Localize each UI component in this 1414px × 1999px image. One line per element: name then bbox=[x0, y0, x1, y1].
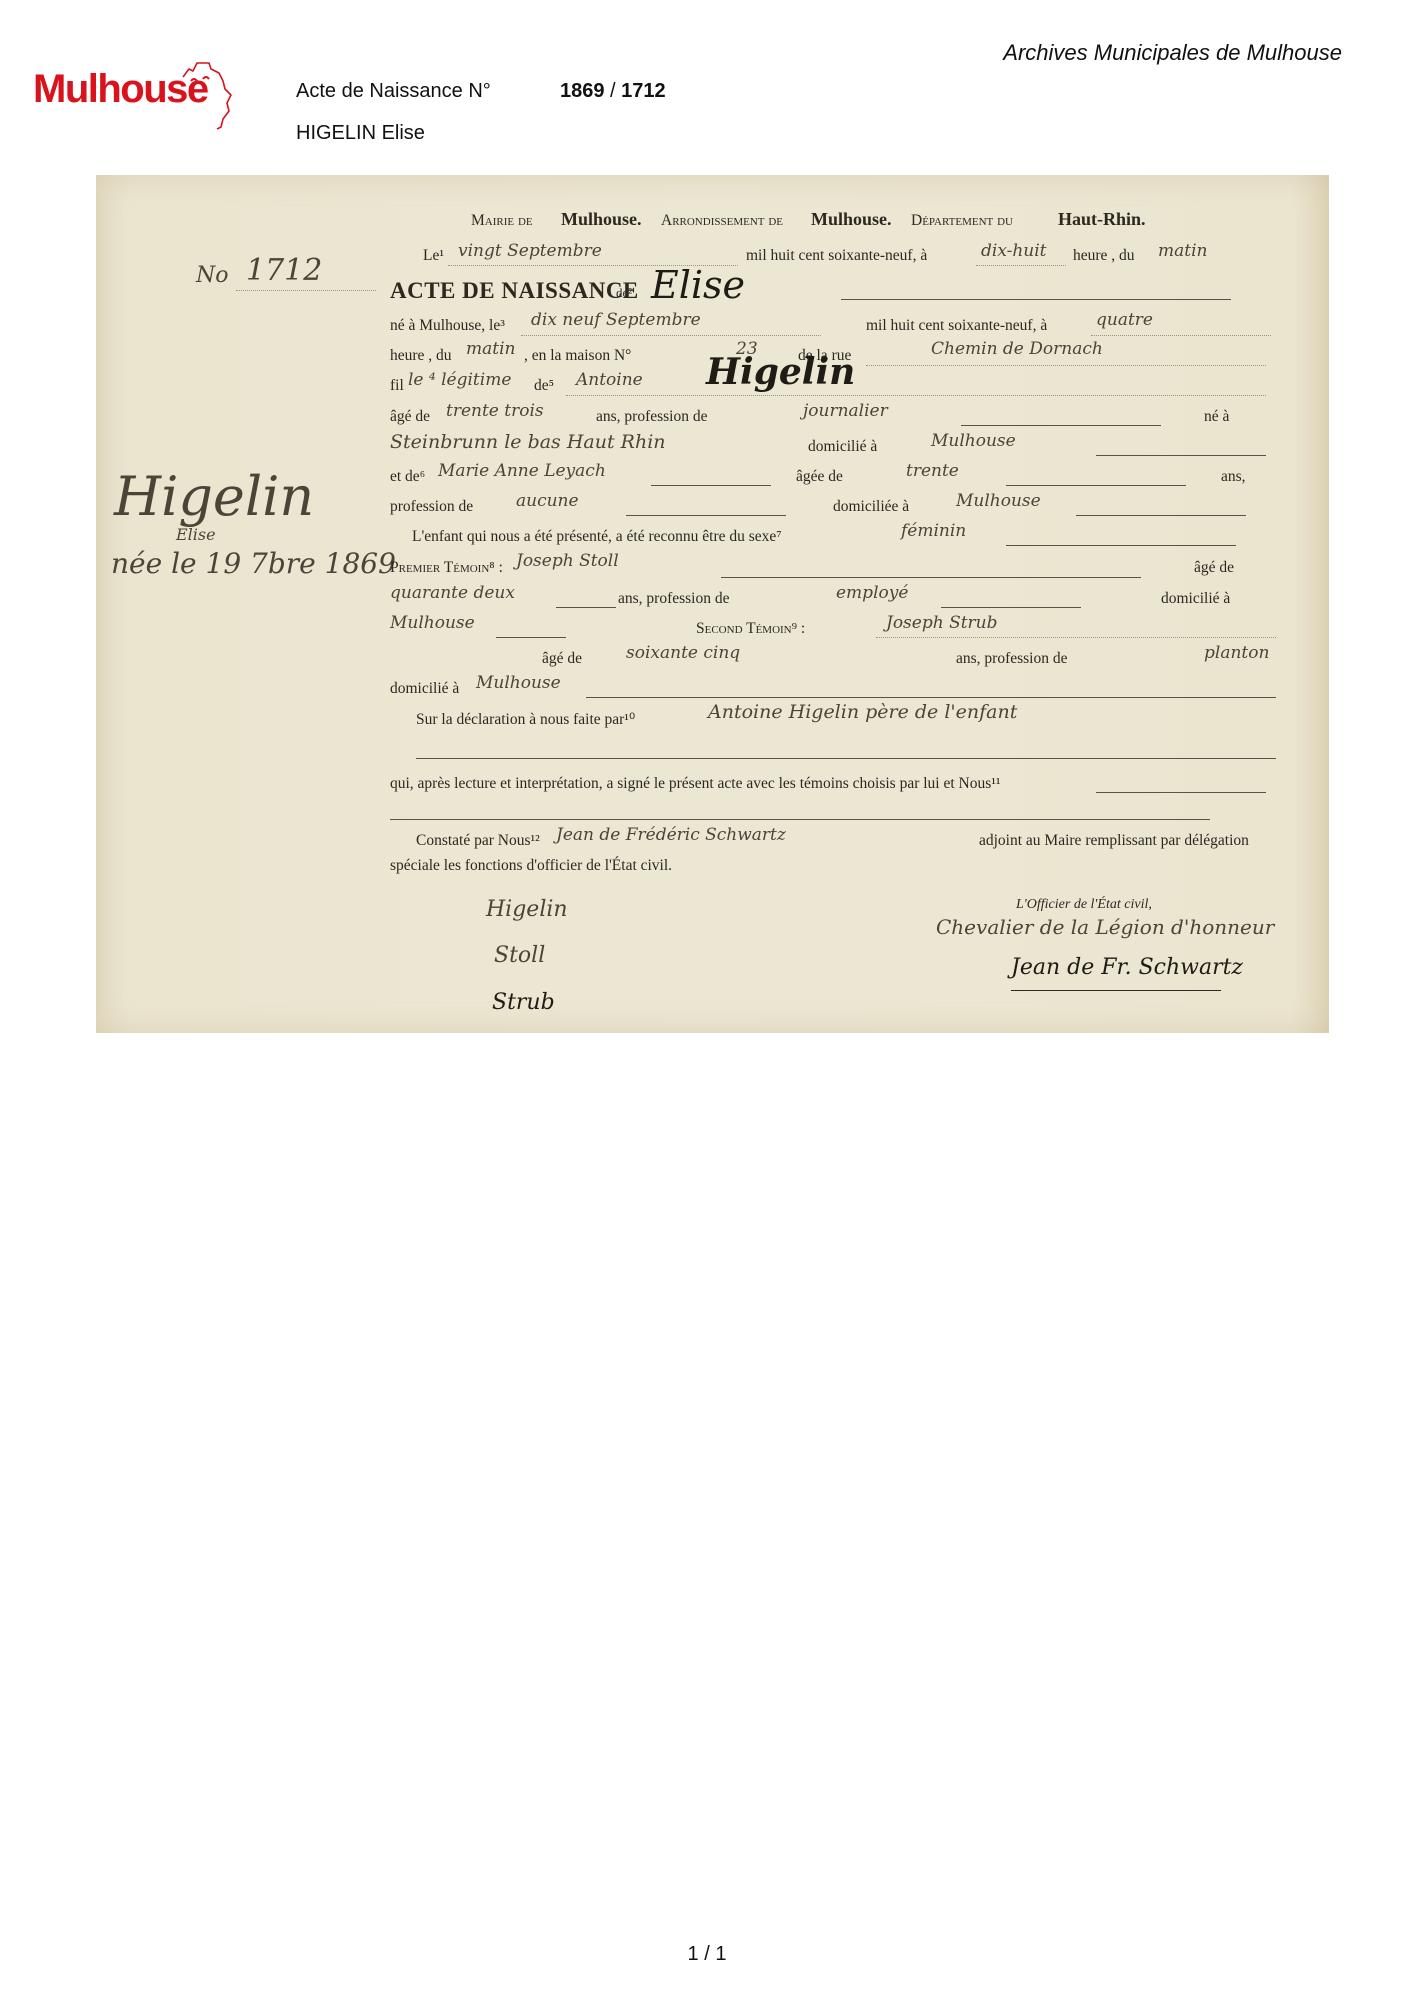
line-le: Le¹ bbox=[423, 247, 444, 265]
field-birth-hour: quatre bbox=[1096, 310, 1153, 330]
departement-label: Département du bbox=[911, 212, 1013, 230]
page-number: 1 / 1 bbox=[0, 1943, 1414, 1966]
field-declaration-period: matin bbox=[1158, 241, 1207, 261]
document-title: ACTE DE NAISSANCE bbox=[390, 278, 639, 304]
margin-birth-note: née le 19 7bre 1869 bbox=[111, 547, 396, 580]
field-second-witness-profession: planton bbox=[1204, 643, 1269, 663]
field-registrar-name: Jean de Frédéric Schwartz bbox=[556, 825, 786, 845]
line-ans: ans, bbox=[1221, 468, 1246, 486]
field-father-surname: Higelin bbox=[706, 351, 855, 393]
line-de-2: de² bbox=[616, 285, 632, 301]
field-mother-name: Marie Anne Leyach bbox=[438, 461, 606, 481]
field-second-witness-domicile: Mulhouse bbox=[476, 673, 561, 693]
field-father-age: trente trois bbox=[446, 401, 544, 421]
mairie-city: Mulhouse. bbox=[561, 209, 642, 230]
margin-no-label: No bbox=[196, 263, 229, 288]
field-first-witness-name: Joseph Stoll bbox=[516, 551, 619, 571]
line-speciale: spéciale les fonctions d'officier de l'É… bbox=[390, 857, 672, 875]
line-dom-witness-2: domicilié à bbox=[390, 680, 459, 698]
act-label: Acte de Naissance N° bbox=[296, 80, 491, 103]
field-father-birthplace: Steinbrunn le bas Haut Rhin bbox=[390, 431, 666, 453]
line-ne-a: né à Mulhouse, le³ bbox=[390, 317, 505, 335]
line-sexe: L'enfant qui nous a été présenté, a été … bbox=[412, 528, 782, 546]
line-fil: fil bbox=[390, 377, 404, 395]
line-dom-father: domicilié à bbox=[808, 438, 877, 456]
signature-stoll: Stoll bbox=[494, 943, 545, 968]
line-constate: Constaté par Nous¹² bbox=[416, 832, 540, 850]
archive-title: Archives Municipales de Mulhouse bbox=[1003, 40, 1342, 66]
line-de-5: de⁵ bbox=[534, 377, 554, 395]
field-child-sex: féminin bbox=[901, 521, 966, 541]
line-prof-witness-1: ans, profession de bbox=[618, 590, 730, 608]
field-birth-date: dix neuf Septembre bbox=[531, 310, 701, 330]
field-birth-period: matin bbox=[466, 339, 515, 359]
field-mother-age: trente bbox=[906, 461, 959, 481]
line-heure-2: heure , du bbox=[390, 347, 452, 365]
scanned-birth-certificate: Mairie de Mulhouse. Arrondissement de Mu… bbox=[96, 175, 1329, 1033]
field-second-witness-age: soixante cinq bbox=[626, 643, 740, 663]
line-age-witness-2: âgé de bbox=[542, 650, 582, 668]
act-separator: / bbox=[605, 80, 622, 102]
field-father-firstname: Antoine bbox=[576, 370, 643, 390]
line-agee-de: âgée de bbox=[796, 468, 843, 486]
line-year-text: mil huit cent soixante-neuf, à bbox=[746, 247, 927, 265]
first-witness-label: Premier Témoin⁸ : bbox=[390, 559, 503, 577]
arrondissement-city: Mulhouse. bbox=[811, 209, 892, 230]
field-second-witness-name: Joseph Strub bbox=[886, 613, 998, 633]
line-age-father: âgé de bbox=[390, 408, 430, 426]
margin-act-number: 1712 bbox=[246, 253, 322, 288]
field-father-profession: journalier bbox=[803, 401, 888, 421]
departement-name: Haut-Rhin. bbox=[1058, 209, 1146, 230]
margin-firstname: Elise bbox=[176, 525, 216, 544]
field-mother-domicile: Mulhouse bbox=[956, 491, 1041, 511]
margin-surname: Higelin bbox=[114, 465, 314, 528]
field-declaration-date: vingt Septembre bbox=[458, 241, 602, 261]
field-first-witness-age: quarante deux bbox=[390, 583, 515, 603]
signature-strub: Strub bbox=[492, 990, 555, 1015]
line-maison: , en la maison N° bbox=[524, 347, 631, 365]
line-declaration: Sur la déclaration à nous faite par¹⁰ bbox=[416, 710, 635, 729]
person-name: HIGELIN Elise bbox=[296, 122, 425, 145]
mairie-label: Mairie de bbox=[471, 212, 533, 230]
field-declarant: Antoine Higelin père de l'enfant bbox=[708, 701, 1017, 723]
officer-honour-note: Chevalier de la Légion d'honneur bbox=[936, 915, 1274, 939]
line-dom-mother: domiciliée à bbox=[833, 498, 909, 516]
act-id: 1712 bbox=[621, 80, 666, 102]
officer-signature: Jean de Fr. Schwartz bbox=[1011, 955, 1243, 980]
signature-higelin: Higelin bbox=[486, 897, 568, 922]
field-street: Chemin de Dornach bbox=[931, 339, 1103, 359]
line-year-text-2: mil huit cent soixante-neuf, à bbox=[866, 317, 1047, 335]
act-year: 1869 bbox=[560, 80, 605, 102]
line-prof-mother: profession de bbox=[390, 498, 473, 516]
line-heure: heure , du bbox=[1073, 247, 1135, 265]
officer-label: L'Officier de l'État civil, bbox=[1016, 897, 1152, 913]
line-age-witness-1: âgé de bbox=[1194, 559, 1234, 577]
line-lecture: qui, après lecture et interprétation, a … bbox=[390, 775, 1001, 793]
line-adjoint: adjoint au Maire remplissant par délégat… bbox=[979, 832, 1249, 850]
logo-text: Mulhouse bbox=[33, 67, 208, 112]
act-number: 1869 / 1712 bbox=[560, 80, 666, 103]
field-father-domicile: Mulhouse bbox=[931, 431, 1016, 451]
second-witness-label: Second Témoin⁹ : bbox=[696, 620, 805, 638]
field-declaration-hour: dix-huit bbox=[981, 241, 1047, 261]
line-ne-a-2: né à bbox=[1204, 408, 1229, 426]
arrondissement-label: Arrondissement de bbox=[661, 212, 783, 230]
field-legitimacy: le ⁴ légitime bbox=[408, 370, 511, 390]
field-first-witness-profession: employé bbox=[836, 583, 908, 603]
line-et-de: et de⁶ bbox=[390, 468, 425, 486]
mulhouse-logo: Mulhouse bbox=[33, 55, 233, 135]
line-dom-witness-1: domicilié à bbox=[1161, 590, 1230, 608]
field-mother-profession: aucune bbox=[516, 491, 579, 511]
line-prof-father: ans, profession de bbox=[596, 408, 708, 426]
field-first-witness-domicile: Mulhouse bbox=[390, 613, 475, 633]
field-child-firstname: Elise bbox=[651, 263, 745, 307]
line-prof-witness-2: ans, profession de bbox=[956, 650, 1068, 668]
